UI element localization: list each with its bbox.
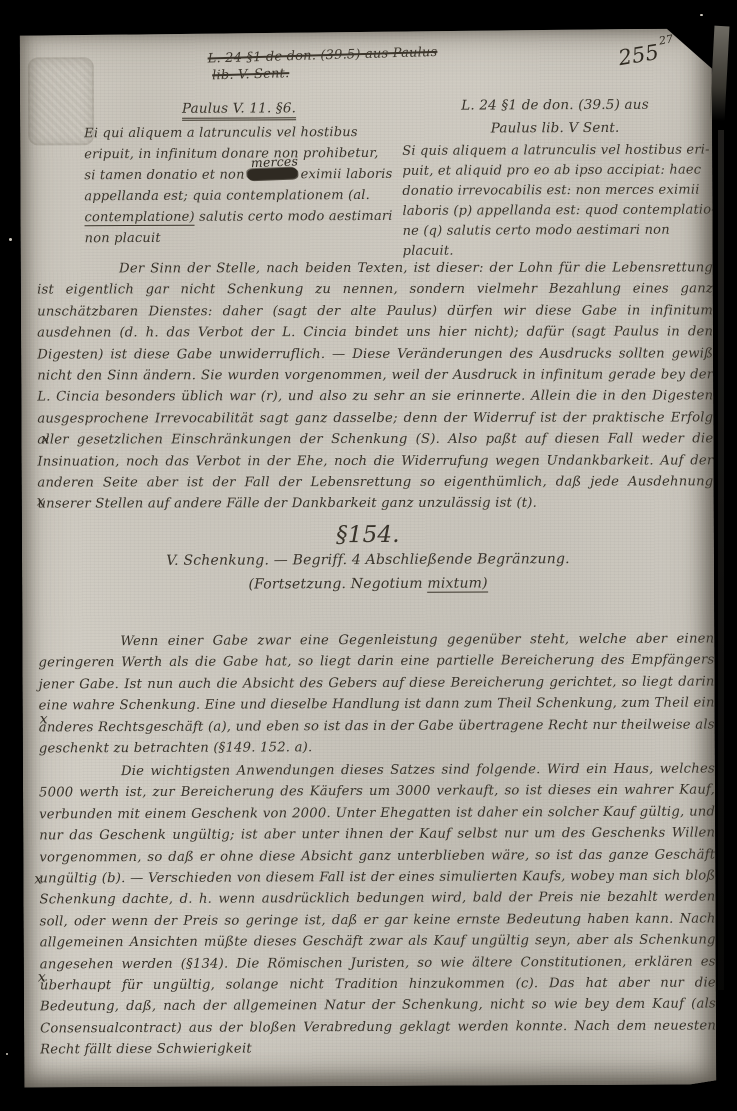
latin-line: Si quis aliquem a latrunculis vel hostib…: [402, 141, 708, 162]
page-corner-edge: [710, 26, 730, 122]
latin-excerpt-paulus-sententiae: Paulus V. 11. §6. Ei qui aliquem a latru…: [84, 98, 395, 249]
page-stack-edge: [718, 130, 724, 990]
margin-x-mark: x: [38, 969, 46, 985]
latin-right-heading: Paulus lib. V Sent.: [402, 118, 708, 139]
latin-line-with-correction: si tamen donatio et nonmerceseximii labo…: [84, 164, 394, 186]
latin-left-heading-text: Paulus V. 11. §6.: [182, 100, 296, 120]
folio-mark: 27: [658, 32, 674, 47]
latin-line-part: si tamen donatio et non: [84, 168, 244, 184]
latin-line: ne (q) salutis certo modo aestimari non: [403, 221, 709, 242]
latin-line-part: eximii laboris: [301, 167, 393, 182]
latin-line: eripuit, in infinitum donare non prohibe…: [84, 143, 394, 165]
section-number: §154.: [22, 520, 714, 549]
section-subtitle-text: (Fortsetzung. Negotium: [248, 576, 427, 593]
latin-line: contemplatione) salutis certo modo aesti…: [84, 206, 394, 228]
margin-x-mark: x: [34, 871, 42, 887]
latin-line: Ei qui aliquem a latrunculis vel hostibu…: [84, 122, 394, 144]
folio-number-value: 255: [617, 40, 661, 70]
scan-background: 25527 L. 24 §1 de don. (39.5) aus Paulus…: [0, 0, 737, 1111]
german-paragraph-2: Wenn einer Gabe zwar eine Gegenleistung …: [38, 628, 715, 759]
latin-line-part: salutis certo modo aestimari: [195, 209, 393, 225]
latin-left-heading: Paulus V. 11. §6.: [84, 98, 394, 120]
dust-speck: [700, 14, 703, 16]
latin-line: puit, et aliquid pro eo ab ipso accipiat…: [402, 161, 708, 182]
latin-line: donatio irrevocabilis est: non merces ex…: [402, 181, 708, 202]
struck-citation-line: L. 24 §1 de don. (39.5) aus Paulus: [207, 45, 437, 67]
folio-number: 25527: [616, 32, 677, 70]
struck-citation: L. 24 §1 de don. (39.5) aus Paulus lib. …: [207, 45, 438, 84]
underlined-word: contemplatione): [84, 210, 194, 226]
german-paragraph-1: Der Sinn der Stelle, nach beiden Texten,…: [37, 257, 713, 515]
latin-line: appellanda est; quia contemplationem (al…: [84, 185, 394, 207]
margin-x-mark: x: [37, 493, 45, 509]
ink-scribble: merces: [247, 167, 297, 180]
latin-excerpt-digest: L. 24 §1 de don. (39.5) aus Paulus lib. …: [402, 95, 709, 262]
margin-x-mark: x: [41, 431, 49, 447]
margin-x-mark: x: [40, 711, 48, 727]
latin-right-heading: L. 24 §1 de don. (39.5) aus: [402, 95, 708, 116]
struck-citation-line: lib. V. Sent.: [212, 66, 290, 83]
manuscript-page: 25527 L. 24 §1 de don. (39.5) aus Paulus…: [20, 28, 717, 1087]
latin-line: non placuit: [85, 227, 395, 249]
section-subtitle: (Fortsetzung. Negotium mixtum): [22, 574, 714, 593]
dust-speck: [9, 238, 12, 241]
section-subtitle-underlined: mixtum): [427, 575, 488, 592]
german-paragraph-3: Die wichtigsten Anwendungen dieses Satze…: [39, 758, 716, 1061]
section-title: V. Schenkung. — Begriff. 4 Abschließende…: [22, 550, 714, 569]
inserted-word: merces: [251, 150, 299, 173]
latin-line: laboris (p) appellanda est: quod contemp…: [402, 201, 708, 222]
dust-speck: [6, 1053, 8, 1055]
